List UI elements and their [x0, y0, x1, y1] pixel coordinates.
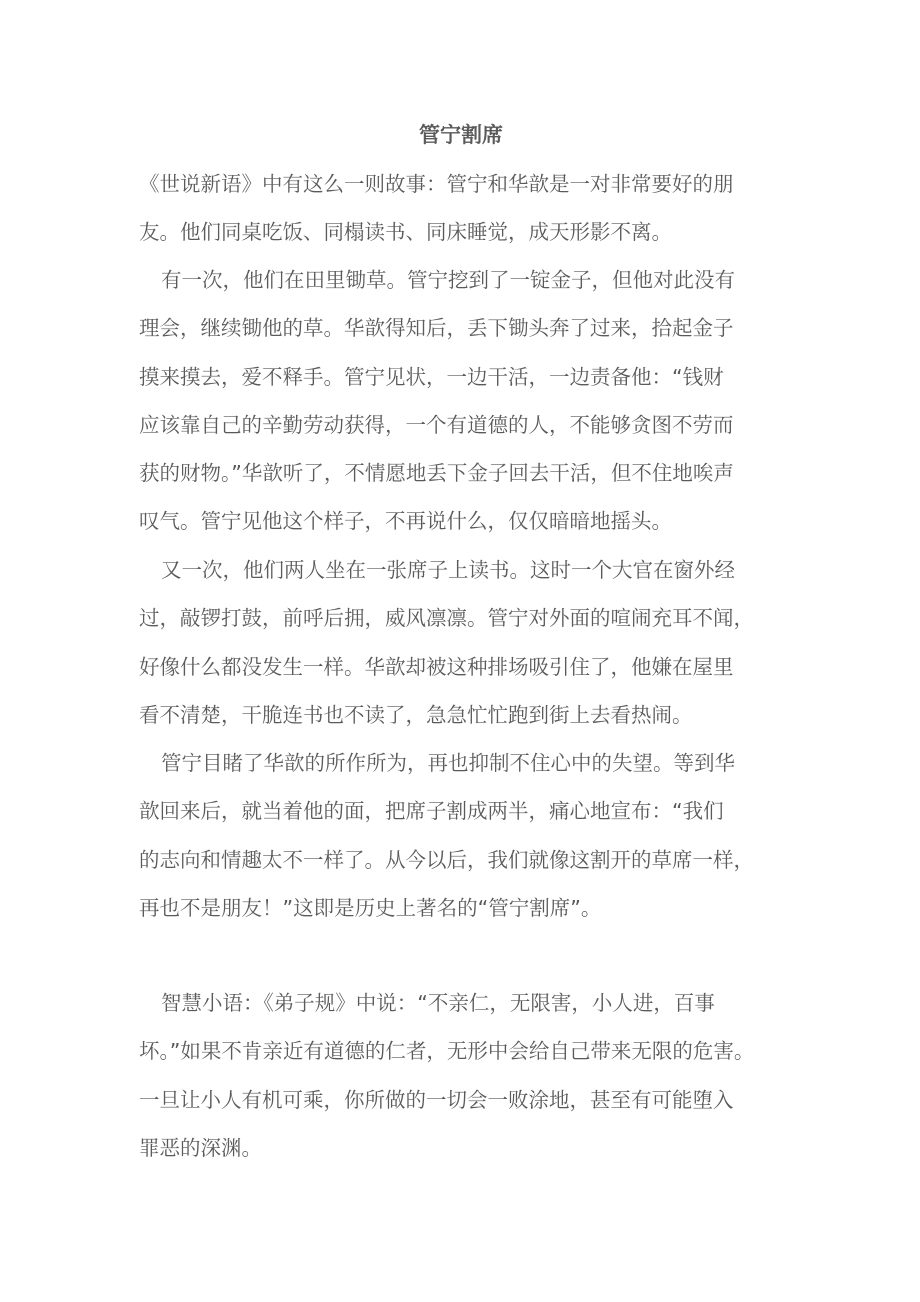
text-line: 理会，继续锄他的草。华歆得知后，丢下锄头奔了过来，拾起金子	[139, 304, 791, 352]
text-line: 的志向和情趣太不一样了。从今以后，我们就像这割开的草席一样，	[139, 836, 791, 884]
text-line: 获的财物。”华歆听了，不情愿地丢下金子回去干活，但不住地唉声	[139, 449, 791, 497]
text-line: 歆回来后，就当着他的面，把席子割成两半，痛心地宣布：“我们	[139, 787, 791, 835]
paragraph-gold: 有一次，他们在田里锄草。管宁挖到了一锭金子，但他对此没有 理会，继续锄他的草。华…	[139, 256, 791, 546]
document-title: 管宁割席	[139, 120, 783, 150]
paragraph-cut-mat: 管宁目睹了华歆的所作所为，再也抑制不住心中的失望。等到华 歆回来后，就当着他的面…	[139, 739, 791, 932]
text-line: 管宁目睹了华歆的所作所为，再也抑制不住心中的失望。等到华	[139, 739, 791, 787]
text-line: 《世说新语》中有这么一则故事：管宁和华歆是一对非常要好的朋	[139, 160, 791, 208]
paragraph-intro: 《世说新语》中有这么一则故事：管宁和华歆是一对非常要好的朋 友。他们同桌吃饭、同…	[139, 160, 791, 257]
text-line: 摸来摸去，爱不释手。管宁见状，一边干活，一边责备他：“钱财	[139, 353, 791, 401]
text-line: 有一次，他们在田里锄草。管宁挖到了一锭金子，但他对此没有	[139, 256, 791, 304]
text-line: 好像什么都没发生一样。华歆却被这种排场吸引住了，他嫌在屋里	[139, 643, 791, 691]
text-line: 叹气。管宁见他这个样子，不再说什么，仅仅暗暗地摇头。	[139, 497, 791, 545]
text-line: 友。他们同桌吃饭、同榻读书、同床睡觉，成天形影不离。	[139, 208, 791, 256]
text-line: 看不清楚，干脆连书也不读了，急急忙忙跑到街上去看热闹。	[139, 691, 791, 739]
text-line: 过，敲锣打鼓，前呼后拥，威风凛凛。管宁对外面的喧闹充耳不闻，	[139, 594, 791, 642]
paragraph-official: 又一次，他们两人坐在一张席子上读书。这时一个大官在窗外经 过，敲锣打鼓，前呼后拥…	[139, 546, 791, 739]
paragraph-wisdom: 智慧小语：《弟子规》中说：“不亲仁，无限害，小人进，百事 坏。”如果不肯亲近有道…	[139, 979, 791, 1172]
text-line: 坏。”如果不肯亲近有道德的仁者，无形中会给自己带来无限的危害。	[139, 1027, 791, 1075]
text-line: 罪恶的深渊。	[139, 1124, 791, 1172]
text-line: 再也不是朋友！”这即是历史上著名的“管宁割席”。	[139, 884, 791, 932]
text-line: 又一次，他们两人坐在一张席子上读书。这时一个大官在窗外经	[139, 546, 791, 594]
text-line: 智慧小语：《弟子规》中说：“不亲仁，无限害，小人进，百事	[139, 979, 791, 1027]
text-line: 一旦让小人有机可乘，你所做的一切会一败涂地，甚至有可能堕入	[139, 1076, 791, 1124]
text-line: 应该靠自己的辛勤劳动获得，一个有道德的人，不能够贪图不劳而	[139, 401, 791, 449]
